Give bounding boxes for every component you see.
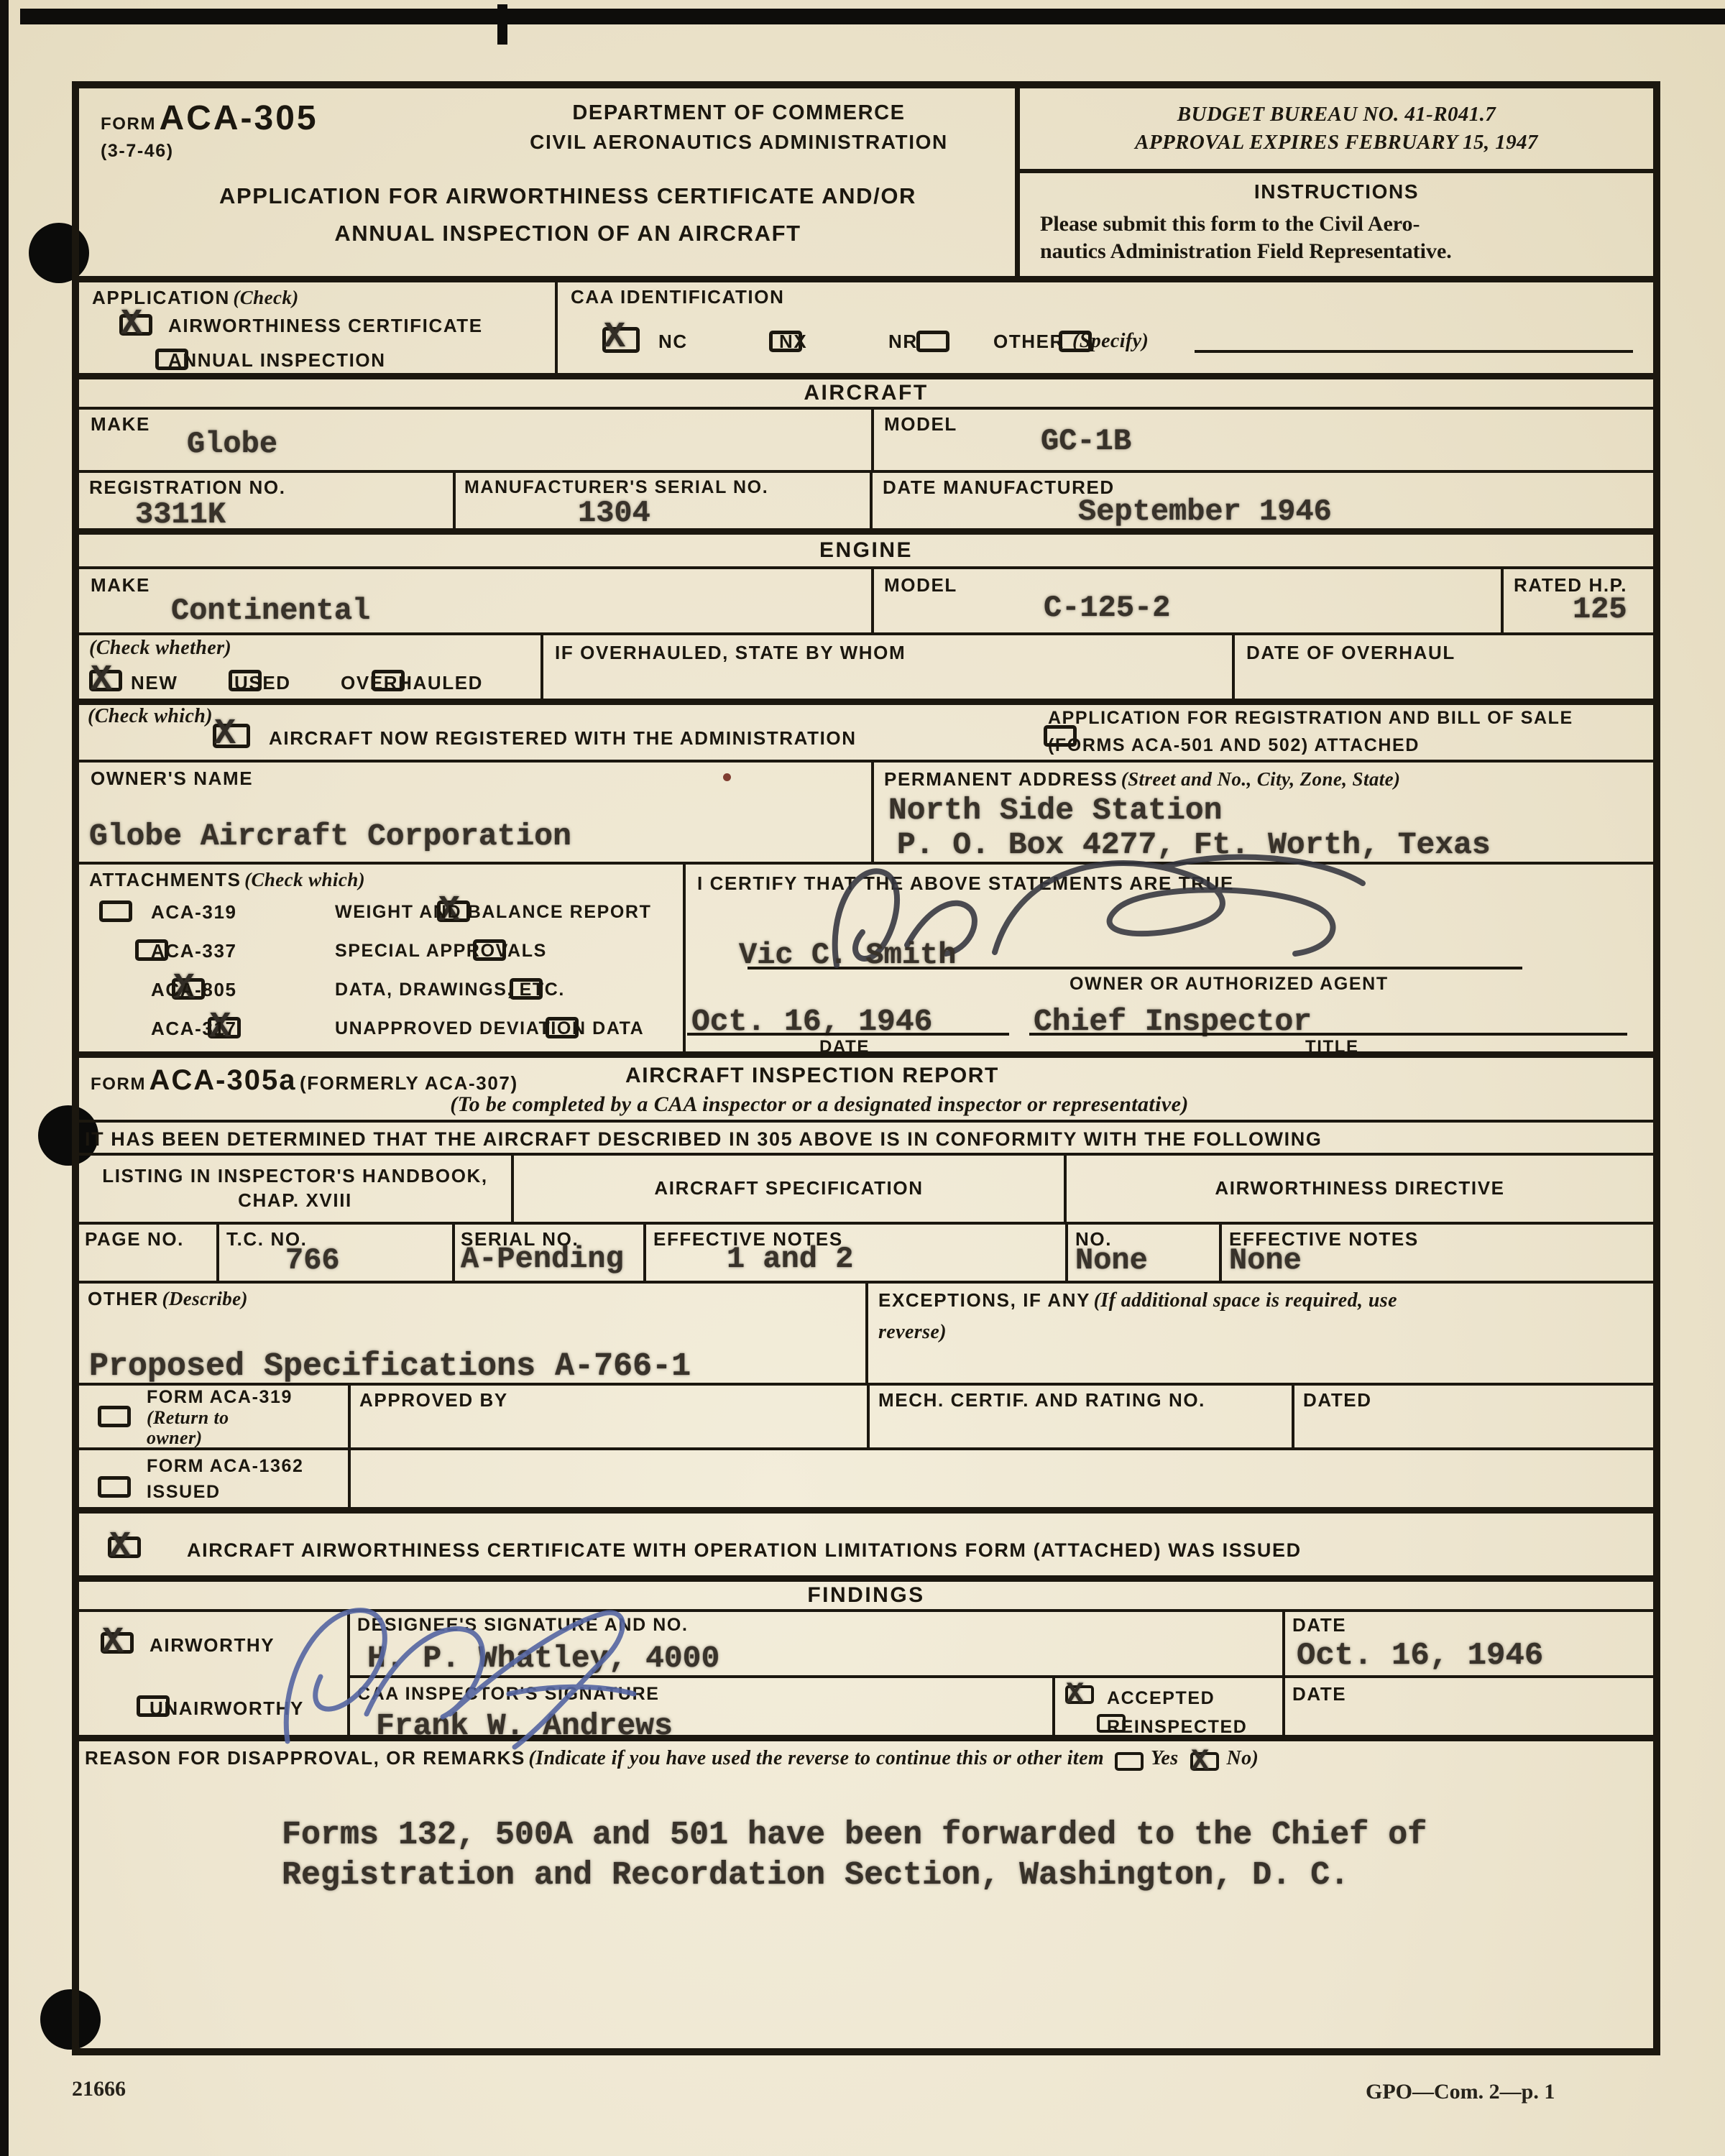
form-title-line2: ANNUAL INSPECTION OF AN AIRCRAFT [158, 221, 977, 247]
owner-role-label: OWNER OR AUTHORIZED AGENT [1069, 974, 1389, 995]
date-of-overhaul-label: DATE OF OVERHAUL [1246, 642, 1455, 664]
gpo-imprint: GPO—Com. 2—p. 1 [1366, 2081, 1555, 2103]
remarks-typed-line2: Registration and Recordation Section, Wa… [282, 1858, 1349, 1892]
form-id-block: FORM ACA-305 (3-7-46) [101, 98, 318, 162]
serial-no-value: 1304 [578, 497, 650, 529]
permanent-address-italic: (Street and No., City, Zone, State) [1121, 768, 1401, 790]
checkbox-registered [213, 724, 250, 748]
budget-bureau-line2: APPROVAL EXPIRES FEBRUARY 15, 1947 [1020, 131, 1653, 155]
check-whether-label: (Check whether) [89, 637, 231, 660]
findings-section-title: FINDINGS [79, 1582, 1653, 1609]
findings-band: FINDINGS [79, 1582, 1653, 1612]
overhauled-label: OVERHAULED [341, 673, 483, 694]
listing-header-line2: CHAP. XVIII [238, 1190, 352, 1212]
registration-no-value: 3311K [135, 499, 226, 530]
scanned-document-page: FORM ACA-305 (3-7-46) DEPARTMENT OF COMM… [0, 0, 1725, 2156]
spec-notes-value: 1 and 2 [727, 1243, 853, 1275]
remarks-area: Forms 132, 500A and 501 have been forwar… [79, 1781, 1653, 2048]
form-title-block: APPLICATION FOR AIRWORTHINESS CERTIFICAT… [158, 183, 977, 246]
other-describe-value: Proposed Specifications A-766-1 [89, 1350, 691, 1383]
form-date: (3-7-46) [101, 141, 318, 162]
reason-remarks-label: REASON FOR DISAPPROVAL, OR REMARKS [85, 1747, 525, 1769]
instructions-line1: Please submit this form to the Civil Aer… [1040, 212, 1633, 236]
aircraft-model-value: GC-1B [1041, 425, 1131, 457]
budget-bureau-box: BUDGET BUREAU NO. 41-R041.7 APPROVAL EXP… [1020, 88, 1653, 173]
aca-337-label: ACA-337 [151, 941, 237, 962]
checkbox-no [1190, 1752, 1219, 1771]
exceptions-italic-line2: reverse) [878, 1321, 947, 1344]
findings-date-label: DATE [1292, 1615, 1346, 1636]
scan-edge-left [0, 0, 9, 2156]
form-title-line1: APPLICATION FOR AIRWORTHINESS CERTIFICAT… [158, 183, 977, 209]
accepted-label: ACCEPTED [1107, 1688, 1215, 1709]
engine-make-label: MAKE [91, 575, 150, 596]
header-right: BUDGET BUREAU NO. 41-R041.7 APPROVAL EXP… [1015, 88, 1653, 276]
caa-identification-label: CAA IDENTIFICATION [571, 287, 784, 308]
form-aca-1362-label: FORM ACA-1362 [147, 1456, 304, 1477]
checkbox-form-aca-1362 [98, 1476, 131, 1498]
department-block: DEPARTMENT OF COMMERCE CIVIL AERONAUTICS… [494, 101, 983, 155]
certify-title-label: TITLE [1305, 1037, 1359, 1057]
aircraft-registration-row: REGISTRATION NO. 3311K MANUFACTURER'S SE… [79, 473, 1653, 535]
directive-notes-value: None [1229, 1245, 1302, 1276]
checkbox-new [89, 670, 122, 691]
checkbox-form-aca-319 [98, 1406, 131, 1427]
designee-signature-label: DESIGNEE'S SIGNATURE AND NO. [357, 1615, 689, 1636]
inspection-report-title: AIRCRAFT INSPECTION REPORT [453, 1064, 1172, 1089]
certify-statement: I CERTIFY THAT THE ABOVE STATEMENTS ARE … [697, 873, 1234, 895]
other-describe-label: OTHER [88, 1288, 159, 1309]
form-number: ACA-305 [160, 99, 318, 137]
rated-hp-value: 125 [1573, 594, 1627, 625]
scan-edge-top [20, 9, 1725, 24]
other-describe-italic: (Describe) [162, 1288, 247, 1309]
instructions-box: INSTRUCTIONS Please submit this form to … [1020, 173, 1653, 276]
application-attached-line2: (FORMS ACA-501 AND 502) ATTACHED [1048, 735, 1420, 756]
permanent-address-label: PERMANENT ADDRESS [884, 768, 1118, 790]
address-line1: North Side Station [888, 794, 1222, 826]
attachments-row: ATTACHMENTS (Check which) ACA-319 ACA-33… [79, 865, 1653, 1058]
mech-certif-label: MECH. CERTIF. AND RATING NO. [878, 1390, 1205, 1411]
findings-date-cell: DATE Oct. 16, 1946 [1282, 1612, 1653, 1675]
weight-balance-label: WEIGHT AND BALANCE REPORT [335, 902, 651, 923]
dated-label: DATED [1303, 1390, 1372, 1411]
checkbox-aca-319 [99, 900, 132, 922]
application-row: APPLICATION (Check) AIRWORTHINESS CERTIF… [79, 282, 1653, 379]
exceptions-label: EXCEPTIONS, IF ANY [878, 1289, 1090, 1311]
no-label: No) [1226, 1747, 1259, 1769]
approved-by-label: APPROVED BY [359, 1390, 508, 1411]
other-specify-line [1195, 328, 1633, 353]
print-control-number: 21666 [72, 2078, 126, 2100]
form-aca-319-return2: owner) [147, 1427, 203, 1449]
attachments-cell: ATTACHMENTS (Check which) ACA-319 ACA-33… [79, 865, 683, 1051]
form-aca-1362-issued: ISSUED [147, 1482, 221, 1503]
form-aca-319-label: FORM ACA-319 [147, 1387, 293, 1408]
attachments-label-italic: (Check which) [244, 869, 365, 890]
checkbox-certificate-issued [108, 1537, 141, 1558]
instructions-line2: nautics Administration Field Representat… [1040, 239, 1633, 264]
aircraft-section-title: AIRCRAFT [79, 379, 1653, 407]
airworthiness-directive-header: AIRWORTHINESS DIRECTIVE [1215, 1178, 1504, 1199]
aca1362-row: FORM ACA-1362 ISSUED [79, 1450, 1653, 1514]
certify-date-line [687, 1011, 1009, 1036]
owner-row: OWNER'S NAME Globe Aircraft Corporation … [79, 763, 1653, 865]
header-left: FORM ACA-305 (3-7-46) DEPARTMENT OF COMM… [79, 88, 1015, 276]
checkbox-nr [916, 331, 949, 352]
checkbox-airworthy [101, 1632, 134, 1654]
annual-inspection-label: ANNUAL INSPECTION [168, 350, 386, 372]
engine-model-value: C-125-2 [1044, 592, 1170, 624]
spec-table-header: LISTING IN INSPECTOR'S HANDBOOK, CHAP. X… [79, 1156, 1653, 1225]
findings-date2-label: DATE [1292, 1684, 1346, 1705]
aca-317-label: ACA-317 [151, 1018, 237, 1040]
overhauled-by-label: IF OVERHAULED, STATE BY WHOM [555, 642, 906, 664]
designee-signature-typed: H. P. Whatley, 4000 [367, 1642, 719, 1674]
reason-remarks-italic: (Indicate if you have used the reverse t… [528, 1747, 1104, 1769]
airworthy-label: AIRWORTHY [149, 1635, 275, 1657]
owner-name-label: OWNER'S NAME [91, 768, 253, 790]
aca-319-label: ACA-319 [151, 902, 237, 923]
engine-band: ENGINE [79, 535, 1653, 569]
directive-no-value: None [1075, 1245, 1148, 1276]
engine-model-label: MODEL [884, 575, 957, 596]
yes-label: Yes [1151, 1747, 1179, 1769]
nc-label: NC [658, 331, 688, 353]
reinspected-label: REINSPECTED [1107, 1717, 1247, 1738]
aircraft-specification-header: AIRCRAFT SPECIFICATION [654, 1178, 923, 1199]
tc-no-value: 766 [285, 1245, 340, 1276]
checkbox-accepted [1065, 1685, 1094, 1704]
other-specify-italic: (Specify) [1072, 330, 1149, 353]
inspector-cell: CAA INSPECTOR'S SIGNATURE Frank W. Andre… [347, 1678, 1052, 1735]
instructions-title: INSTRUCTIONS [1040, 180, 1633, 203]
airworthiness-certificate-label: AIRWORTHINESS CERTIFICATE [168, 315, 483, 337]
other-exceptions-row: OTHER (Describe) Proposed Specifications… [79, 1284, 1653, 1386]
certify-title-line [1029, 1011, 1627, 1036]
caa-inspector-typed: Frank W. Andrews [376, 1710, 673, 1742]
engine-section-title: ENGINE [79, 535, 1653, 566]
check-which-label: (Check which) [88, 705, 213, 728]
attachments-label: ATTACHMENTS [89, 869, 241, 890]
engine-make-row: MAKE Continental MODEL C-125-2 RATED H.P… [79, 569, 1653, 635]
aircraft-make-row: MAKE Globe MODEL GC-1B [79, 410, 1653, 473]
application-attached-line1: APPLICATION FOR REGISTRATION AND BILL OF… [1048, 708, 1573, 729]
form-label: FORM [101, 114, 156, 134]
spec-serial-value: A-Pending [461, 1243, 624, 1275]
budget-bureau-line1: BUDGET BUREAU NO. 41-R041.7 [1020, 103, 1653, 126]
page-no-label: PAGE NO. [85, 1229, 184, 1250]
findings-grid: AIRWORTHY UNAIRWORTHY DESIGNEE'S SIGNATU… [79, 1612, 1653, 1741]
department-line1: DEPARTMENT OF COMMERCE [494, 101, 983, 125]
checkbox-yes [1115, 1752, 1144, 1771]
new-label: NEW [131, 673, 178, 694]
unairworthy-label: UNAIRWORTHY [149, 1698, 304, 1720]
certificate-issued-row: AIRCRAFT AIRWORTHINESS CERTIFICATE WITH … [79, 1514, 1653, 1582]
data-drawings-label: DATA, DRAWINGS, ETC. [335, 980, 565, 1000]
inspection-report-subtitle: (To be completed by a CAA inspector or a… [208, 1092, 1430, 1117]
owner-name-value: Globe Aircraft Corporation [89, 820, 571, 852]
aircraft-make-label: MAKE [91, 414, 150, 436]
determination-statement: IT HAS BEEN DETERMINED THAT THE AIRCRAFT… [85, 1128, 1322, 1151]
application-cell: APPLICATION (Check) AIRWORTHINESS CERTIF… [79, 282, 555, 373]
findings-date-value: Oct. 16, 1946 [1297, 1639, 1543, 1672]
accepted-cell: ACCEPTED REINSPECTED [1052, 1678, 1282, 1735]
nx-label: NX [779, 331, 807, 353]
certification-cell: I CERTIFY THAT THE ABOVE STATEMENTS ARE … [683, 865, 1653, 1051]
designee-cell: DESIGNEE'S SIGNATURE AND NO. H. P. Whatl… [347, 1612, 1282, 1675]
scan-mark [497, 4, 507, 45]
aircraft-band: AIRCRAFT [79, 379, 1653, 410]
airworthy-cell: AIRWORTHY UNAIRWORTHY [79, 1612, 347, 1735]
engine-make-value: Continental [171, 595, 370, 627]
used-label: USED [234, 673, 291, 694]
spec-table-values: PAGE NO. T.C. NO. 766 SERIAL NO. A-Pendi… [79, 1225, 1653, 1284]
unapproved-deviation-label: UNAPPROVED DEVIATION DATA [335, 1018, 644, 1039]
other-label: OTHER [993, 331, 1064, 353]
application-label: APPLICATION [92, 287, 230, 308]
certificate-issued-label: AIRCRAFT AIRWORTHINESS CERTIFICATE WITH … [187, 1539, 1302, 1562]
form-305a-label: FORM [91, 1074, 146, 1094]
aca319-row: FORM ACA-319 (Return to owner) APPROVED … [79, 1386, 1653, 1450]
application-label-italic: (Check) [233, 287, 298, 308]
findings-date2-cell: DATE [1282, 1678, 1653, 1735]
owner-signature-typed: Vic C. Smith [739, 939, 956, 971]
aircraft-make-value: Globe [187, 428, 277, 460]
certify-date-label: DATE [819, 1037, 870, 1057]
registration-no-label: REGISTRATION NO. [89, 477, 286, 499]
caa-identification-cell: CAA IDENTIFICATION NC NX NR OTHER (Speci… [555, 282, 1653, 373]
registration-status-row: (Check which) AIRCRAFT NOW REGISTERED WI… [79, 705, 1653, 763]
form-305a-number: ACA-305a [149, 1064, 297, 1096]
department-line2: CIVIL AERONAUTICS ADMINISTRATION [494, 131, 983, 154]
address-line2: P. O. Box 4277, Ft. Worth, Texas [897, 829, 1491, 861]
aircraft-model-label: MODEL [884, 414, 957, 436]
exceptions-italic-line1: (If additional space is required, use [1094, 1289, 1397, 1312]
inspection-report-header: FORM ACA-305a (FORMERLY ACA-307) AIRCRAF… [79, 1058, 1653, 1123]
remarks-typed-line1: Forms 132, 500A and 501 have been forwar… [282, 1818, 1427, 1852]
checkbox-nc [602, 327, 640, 353]
engine-condition-row: (Check whether) NEW USED OVERHAULED IF O… [79, 635, 1653, 705]
form-aca-319-return1: (Return to [147, 1407, 229, 1429]
header-row: FORM ACA-305 (3-7-46) DEPARTMENT OF COMM… [79, 88, 1653, 282]
nr-label: NR [888, 331, 918, 353]
determination-row: IT HAS BEEN DETERMINED THAT THE AIRCRAFT… [79, 1123, 1653, 1156]
caa-inspector-signature-label: CAA INSPECTOR'S SIGNATURE [357, 1684, 660, 1705]
serial-no-label: MANUFACTURER'S SERIAL NO. [464, 477, 768, 498]
special-approvals-label: SPECIAL APPROVALS [335, 941, 547, 962]
date-manufactured-value: September 1946 [1078, 496, 1332, 528]
form-aca-305: FORM ACA-305 (3-7-46) DEPARTMENT OF COMM… [72, 81, 1660, 2055]
aca-805-label: ACA-805 [151, 980, 237, 1001]
listing-header-line1: LISTING IN INSPECTOR'S HANDBOOK, [102, 1166, 488, 1187]
reason-row: REASON FOR DISAPPROVAL, OR REMARKS (Indi… [79, 1741, 1653, 1781]
checkbox-airworthiness-certificate [119, 314, 152, 336]
registered-label: AIRCRAFT NOW REGISTERED WITH THE ADMINIS… [269, 728, 857, 750]
